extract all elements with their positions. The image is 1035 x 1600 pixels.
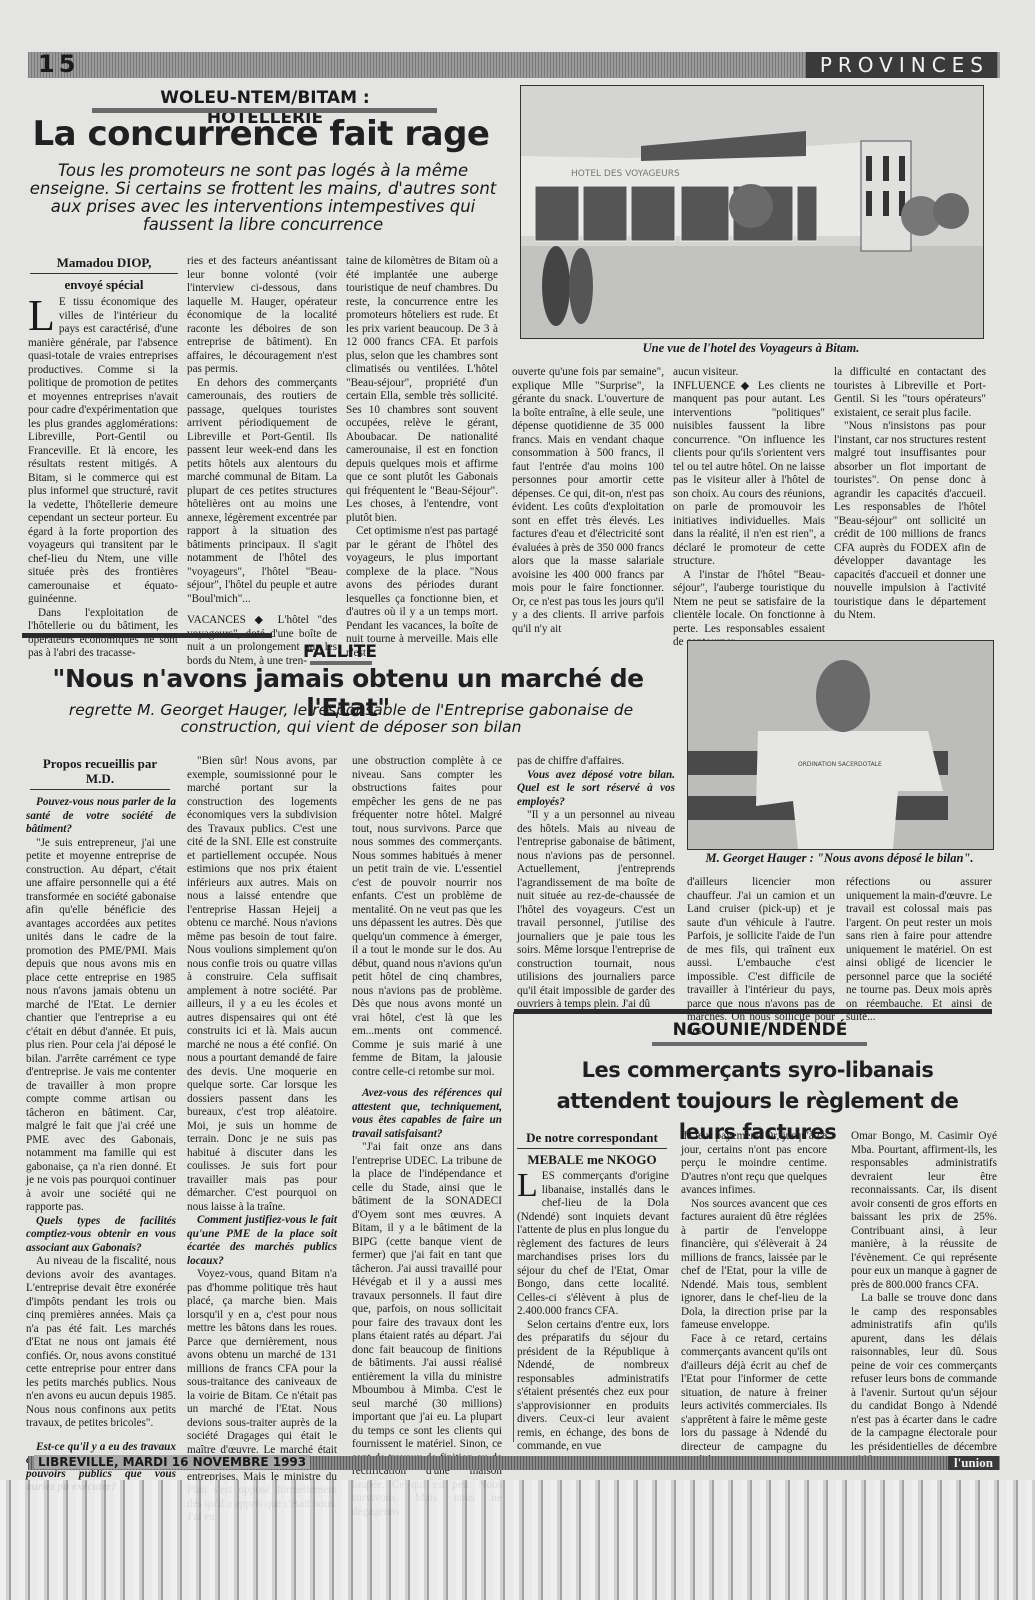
article3-kicker: NGOUNIE/NDÉNDÉ	[640, 1020, 880, 1040]
paragraph: A l'instar de l'hôtel "Beau-séjour", l'a…	[673, 569, 825, 650]
hotel-photo-caption: Une vue de l'hotel des Voyageurs à Bitam…	[520, 341, 982, 356]
article2-column-2: "Bien sûr! Nous avons, par exemple, soum…	[187, 755, 337, 1525]
question: Comment justifiez-vous le fait qu'une PM…	[187, 1214, 337, 1268]
answer: "Je suis entrepreneur, j'ai une petite e…	[26, 837, 176, 1215]
article3-byline: De notre correspondant MEBALE me NKOGO	[517, 1130, 667, 1167]
paragraph: En dehors des commerçants camerounais, d…	[187, 377, 337, 607]
byline-role: De notre correspondant	[517, 1130, 667, 1145]
page-number: 15	[38, 50, 79, 78]
article-separator	[514, 1009, 992, 1014]
question: Avez-vous des références qui attestent q…	[352, 1087, 502, 1141]
answer: "Il y a un personnel au niveau des hôtel…	[517, 809, 675, 1012]
article1-deck: Tous les promoteurs ne sont pas logés à …	[26, 162, 500, 235]
paragraph: Nos sources avancent que ces factures au…	[681, 1198, 827, 1333]
article-separator	[22, 633, 272, 638]
article2-column-4: pas de chiffre d'affaires. Vous avez dép…	[517, 755, 675, 1012]
paragraph: E tissu économique des villes de l'intér…	[28, 296, 178, 607]
article2-deck: regrette M. Georget Hauger, le responsab…	[26, 702, 676, 736]
article1-column-6: la difficulté en contactant des touriste…	[834, 366, 986, 623]
svg-text:HOTEL DES VOYAGEURS: HOTEL DES VOYAGEURS	[571, 169, 680, 179]
scan-artifact-strip	[0, 1480, 1035, 1600]
article2-byline: Propos recueillis par M.D.	[30, 756, 170, 793]
hauger-photo: ORDINATION SACERDOTALE	[687, 640, 994, 850]
byline-role: envoyé spécial	[30, 277, 178, 292]
paragraph: Cet optimisme n'est pas partagé par le g…	[346, 525, 498, 660]
question: Vous avez déposé votre bilan. Quel est l…	[517, 769, 675, 810]
byline-text: Propos recueillis par M.D.	[30, 756, 170, 786]
paragraph: Selon certains d'entre eux, lors des pré…	[517, 1319, 669, 1454]
newspaper-brand: l'union	[948, 1456, 999, 1470]
answer: "Bien sûr! Nous avons, par exemple, soum…	[187, 755, 337, 1214]
answer: pas de chiffre d'affaires.	[517, 755, 675, 769]
paragraph: ES commerçants d'origine libanaise, inst…	[517, 1170, 669, 1319]
byline-rule	[517, 1148, 667, 1149]
article1-byline: Mamadou DIOP, envoyé spécial	[30, 255, 178, 292]
column-divider	[513, 1012, 514, 1442]
kicker-rule	[92, 108, 437, 113]
paragraph: la difficulté en contactant des touriste…	[834, 366, 986, 420]
question: Pouvez-vous nous parler de la santé de v…	[26, 796, 176, 837]
article2-column-1: Pouvez-vous nous parler de la santé de v…	[26, 796, 176, 1495]
article2-column-6: réfections ou assurer uniquement la main…	[846, 876, 992, 1025]
paragraph: aucun visiteur.	[673, 366, 825, 380]
paragraph: Omar Bongo, M. Casimir Oyé Mba. Pourtant…	[851, 1130, 997, 1292]
paragraph-influence: INFLUENCE ◆ Les clients ne manquent pas …	[673, 380, 825, 569]
article3-column-1: L ES commerçants d'origine libanaise, in…	[517, 1170, 669, 1454]
answer: Au niveau de la fiscalité, nous devions …	[26, 1255, 176, 1431]
paragraph: taine de kilomètres de Bitam où a été im…	[346, 255, 498, 525]
footer-date: LIBREVILLE, MARDI 16 NOVEMBRE 1993	[34, 1455, 310, 1469]
portrait-image: ORDINATION SACERDOTALE	[688, 641, 993, 849]
question: Quels types de facilités comptiez-vous o…	[26, 1215, 176, 1256]
dropcap: L	[517, 1172, 538, 1200]
kicker-rule	[652, 1042, 867, 1046]
paragraph: de leur payement. Or, jusqu'à ce jour, c…	[681, 1130, 827, 1198]
article1-column-1: L E tissu économique des villes de l'int…	[28, 296, 178, 661]
svg-text:ORDINATION SACERDOTALE: ORDINATION SACERDOTALE	[798, 761, 882, 768]
dropcap: L	[28, 298, 55, 334]
paragraph: "Nous n'insistons pas pour l'instant, ca…	[834, 420, 986, 623]
article1-column-4: ouverte qu'une fois par semaine", expliq…	[512, 366, 664, 636]
hotel-building-image: HOTEL DES VOYAGEURS	[521, 86, 983, 338]
answer: une obstruction complète à ce niveau. Sa…	[352, 755, 502, 1079]
article1-column-5: aucun visiteur. INFLUENCE ◆ Les clients …	[673, 366, 825, 650]
byline-rule	[30, 273, 178, 274]
section-label: PROVINCES	[806, 52, 997, 78]
article2-kicker: FALLITE	[230, 642, 450, 662]
answer: réfections ou assurer uniquement la main…	[846, 876, 992, 1025]
byline-name: MEBALE me NKOGO	[517, 1152, 667, 1167]
article1-column-3: taine de kilomètres de Bitam où a été im…	[346, 255, 498, 660]
article3-column-3: Omar Bongo, M. Casimir Oyé Mba. Pourtant…	[851, 1130, 997, 1468]
article1-headline: La concurrence fait rage	[22, 114, 500, 154]
paragraph: Face à ce retard, certains commerçants a…	[681, 1333, 827, 1468]
hauger-photo-caption: M. Georget Hauger : "Nous avons déposé l…	[687, 851, 992, 866]
paragraph: ouverte qu'une fois par semaine", expliq…	[512, 366, 664, 636]
byline-name: Mamadou DIOP,	[30, 255, 178, 270]
byline-rule	[30, 789, 170, 790]
hotel-photo: HOTEL DES VOYAGEURS	[520, 85, 984, 339]
article2-column-3: une obstruction complète à ce niveau. Sa…	[352, 755, 502, 1519]
article1-column-2: ries et des facteurs anéantissant leur b…	[187, 255, 337, 668]
article3-column-2: de leur payement. Or, jusqu'à ce jour, c…	[681, 1130, 827, 1468]
paragraph: ries et des facteurs anéantissant leur b…	[187, 255, 337, 377]
paragraph: La balle se trouve donc dans le camp des…	[851, 1292, 997, 1468]
